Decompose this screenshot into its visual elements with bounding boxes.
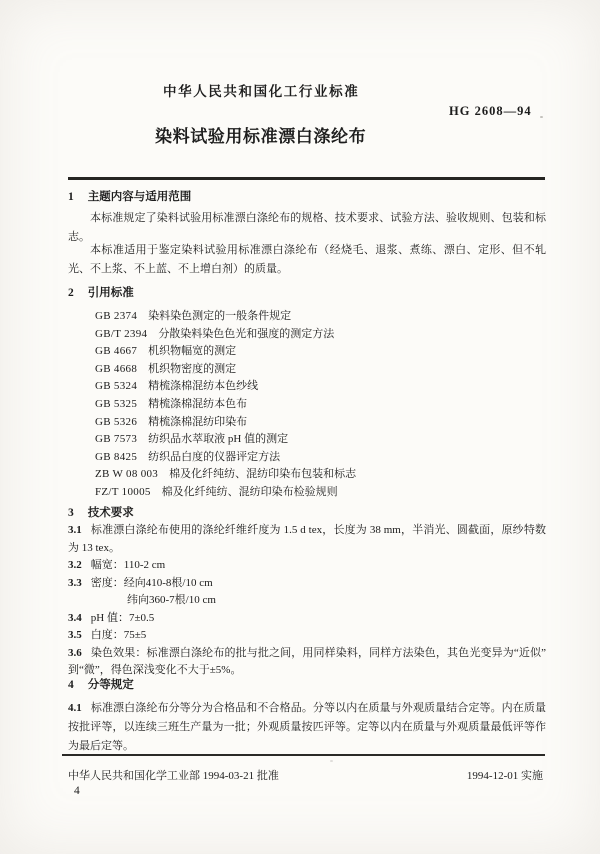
reference-name: 纺织品白度的仪器评定方法 (148, 451, 280, 463)
clause-text: 幅宽：110-2 cm (91, 559, 165, 571)
scan-speck (330, 760, 333, 762)
section-title: 主题内容与适用范围 (88, 191, 192, 203)
section-1-heading: 1主题内容与适用范围 (68, 188, 546, 207)
clause-text: 标准漂白涤纶布使用的涤纶纤维纤度为 1.5 d tex，长度为 38 mm，半消… (68, 524, 546, 554)
clause-text: 纬向360-7根/10 cm (127, 594, 216, 606)
clause-number: 3.5 (68, 629, 82, 641)
footer-rule (62, 754, 545, 756)
clause-3-6: 3.6染色效果：标准漂白涤纶布的批与批之间，用同样染料，同样方法染色，其色光变异… (68, 645, 546, 680)
document-title: 染料试验用标准漂白涤纶布 (155, 122, 366, 147)
reference-code: GB 5326 (95, 416, 137, 428)
clause-4-1: 4.1标准漂白涤纶布分等分为合格品和不合格品。分等以内在质量与外观质量结合定等。… (68, 699, 546, 756)
clause-3-2: 3.2幅宽：110-2 cm (68, 557, 546, 575)
clause-3-3-continuation: 纬向360-7根/10 cm (68, 592, 546, 610)
clause-text: 染色效果：标准漂白涤纶布的批与批之间，用同样染料，同样方法染色，其色光变异为“近… (68, 647, 546, 677)
reference-list: GB 2374染料染色测定的一般条件规定 GB/T 2394分散染料染色色光和强… (95, 308, 555, 502)
clause-3-4: 3.4pH 值：7±0.5 (68, 610, 546, 628)
reference-name: 纺织品水萃取液 pH 值的测定 (148, 433, 288, 445)
reference-item: GB/T 2394分散染料染色色光和强度的测定方法 (95, 326, 555, 344)
reference-code: GB 5324 (95, 380, 137, 392)
reference-name: 棉及化纤纯纺、混纺印染布检验规则 (162, 486, 338, 498)
footer-implementation: 1994-12-01 实施 (467, 767, 543, 783)
clause-number: 3.3 (68, 577, 82, 589)
reference-item: GB 2374染料染色测定的一般条件规定 (95, 308, 555, 326)
scope-paragraph-2: 本标准适用于鉴定染料试验用标准漂白涤纶布（经烧毛、退浆、煮练、漂白、定形、但不轧… (68, 241, 546, 279)
reference-name: 分散染料染色色光和强度的测定方法 (158, 328, 334, 340)
clause-text: 密度：经向410-8根/10 cm (91, 577, 213, 589)
section-number: 4 (68, 679, 74, 691)
section-number: 2 (68, 287, 74, 299)
reference-code: GB 4668 (95, 363, 137, 375)
reference-code: GB 2374 (95, 310, 137, 322)
technical-clauses: 3.1标准漂白涤纶布使用的涤纶纤维纤度为 1.5 d tex，长度为 38 mm… (68, 522, 546, 680)
reference-item: GB 5324精梳涤棉混纺本色纱线 (95, 378, 555, 396)
header-rule (68, 177, 545, 180)
reference-item: ZB W 08 003棉及化纤纯纺、混纺印染布包装和标志 (95, 466, 555, 484)
reference-name: 机织物幅宽的测定 (148, 345, 236, 357)
reference-item: GB 8425纺织品白度的仪器评定方法 (95, 449, 555, 467)
reference-name: 精梳涤棉混纺印染布 (148, 416, 247, 428)
section-2-heading: 2引用标准 (68, 284, 546, 303)
reference-code: GB/T 2394 (95, 328, 147, 340)
section-4-heading: 4分等规定 (68, 676, 546, 695)
clause-3-3: 3.3密度：经向410-8根/10 cm (68, 575, 546, 593)
reference-name: 棉及化纤纯纺、混纺印染布包装和标志 (169, 468, 356, 480)
reference-code: GB 5325 (95, 398, 137, 410)
reference-name: 机织物密度的测定 (148, 363, 236, 375)
reference-code: GB 7573 (95, 433, 137, 445)
standard-number: HG 2608—94 (449, 104, 532, 119)
reference-item: GB 5326精梳涤棉混纺印染布 (95, 414, 555, 432)
section-number: 1 (68, 191, 74, 203)
page-number: 4 (74, 785, 80, 797)
reference-item: FZ/T 10005棉及化纤纯纺、混纺印染布检验规则 (95, 484, 555, 502)
scan-speck (425, 251, 427, 253)
reference-item: GB 4668机织物密度的测定 (95, 361, 555, 379)
reference-code: GB 4667 (95, 345, 137, 357)
reference-name: 染料染色测定的一般条件规定 (148, 310, 291, 322)
footer-approval: 中华人民共和国化学工业部 1994-03-21 批准 (68, 767, 279, 783)
clause-number: 3.2 (68, 559, 82, 571)
clause-text: pH 值：7±0.5 (91, 612, 154, 624)
reference-item: GB 4667机织物幅宽的测定 (95, 343, 555, 361)
reference-code: GB 8425 (95, 451, 137, 463)
section-title: 技术要求 (88, 507, 134, 519)
clause-number: 4.1 (68, 702, 82, 714)
reference-name: 精梳涤棉混纺本色纱线 (148, 380, 258, 392)
clause-text: 标准漂白涤纶布分等分为合格品和不合格品。分等以内在质量与外观质量结合定等。内在质… (68, 702, 546, 752)
reference-item: GB 5325精梳涤棉混纺本色布 (95, 396, 555, 414)
clause-number: 3.1 (68, 524, 82, 536)
clause-text: 白度：75±5 (91, 629, 147, 641)
section-title: 分等规定 (88, 679, 134, 691)
standard-type-heading: 中华人民共和国化工行业标准 (163, 80, 359, 100)
reference-name: 精梳涤棉混纺本色布 (148, 398, 247, 410)
reference-code: ZB W 08 003 (95, 468, 158, 480)
reference-item: GB 7573纺织品水萃取液 pH 值的测定 (95, 431, 555, 449)
section-title: 引用标准 (88, 287, 134, 299)
clause-number: 3.6 (68, 647, 82, 659)
clause-3-1: 3.1标准漂白涤纶布使用的涤纶纤维纤度为 1.5 d tex，长度为 38 mm… (68, 522, 546, 557)
clause-number: 3.4 (68, 612, 82, 624)
clause-3-5: 3.5白度：75±5 (68, 627, 546, 645)
standard-document-page: 中华人民共和国化工行业标准 HG 2608—94 染料试验用标准漂白涤纶布 1主… (0, 0, 600, 854)
section-number: 3 (68, 507, 74, 519)
reference-code: FZ/T 10005 (95, 486, 151, 498)
section-3-heading: 3技术要求 (68, 504, 546, 523)
scan-speck (540, 116, 543, 118)
